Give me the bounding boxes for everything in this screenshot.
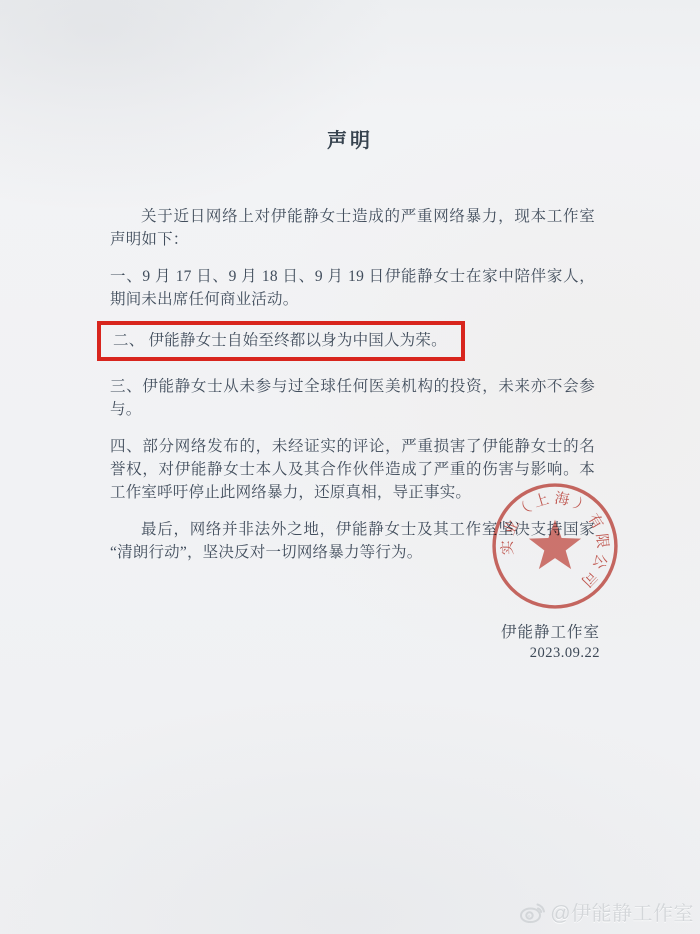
signature-block: 伊能静工作室 2023.09.22	[0, 620, 700, 662]
watermark-handle: @伊能静工作室	[550, 897, 694, 926]
document-title: 声明	[0, 0, 700, 153]
weibo-icon	[518, 899, 546, 925]
statement-item-1: 一、9 月 17 日、9 月 18 日、9 月 19 日伊能静女士在家中陪伴家人…	[110, 265, 595, 311]
weibo-watermark: @伊能静工作室	[518, 897, 694, 926]
statement-document: 声明 关于近日网络上对伊能静女士造成的严重网络暴力，现本工作室声明如下： 一、9…	[0, 0, 700, 934]
svg-text:司: 司	[578, 568, 600, 590]
signature-name: 伊能静工作室	[0, 620, 600, 642]
red-highlight-box: 二、 伊能静女士自始至终都以身为中国人为荣。	[97, 321, 465, 361]
svg-text:限: 限	[593, 533, 612, 550]
statement-item-3: 三、伊能静女士从未参与过全球任何医美机构的投资，未来亦不会参与。	[110, 375, 595, 421]
statement-item-4: 四、部分网络发布的，未经证实的评论，严重损害了伊能静女士的名誉权，对伊能静女士本…	[110, 435, 595, 504]
highlighted-statement-wrap: 二、 伊能静女士自始至终都以身为中国人为荣。	[97, 321, 700, 361]
statement-item-2: 二、 伊能静女士自始至终都以身为中国人为荣。	[113, 332, 447, 349]
intro-paragraph: 关于近日网络上对伊能静女士造成的严重网络暴力，现本工作室声明如下：	[110, 205, 595, 251]
closing-paragraph: 最后，网络并非法外之地，伊能静女士及其工作室坚决支持国家“清朗行动”，坚决反对一…	[110, 518, 595, 564]
signature-date: 2023.09.22	[0, 645, 600, 662]
